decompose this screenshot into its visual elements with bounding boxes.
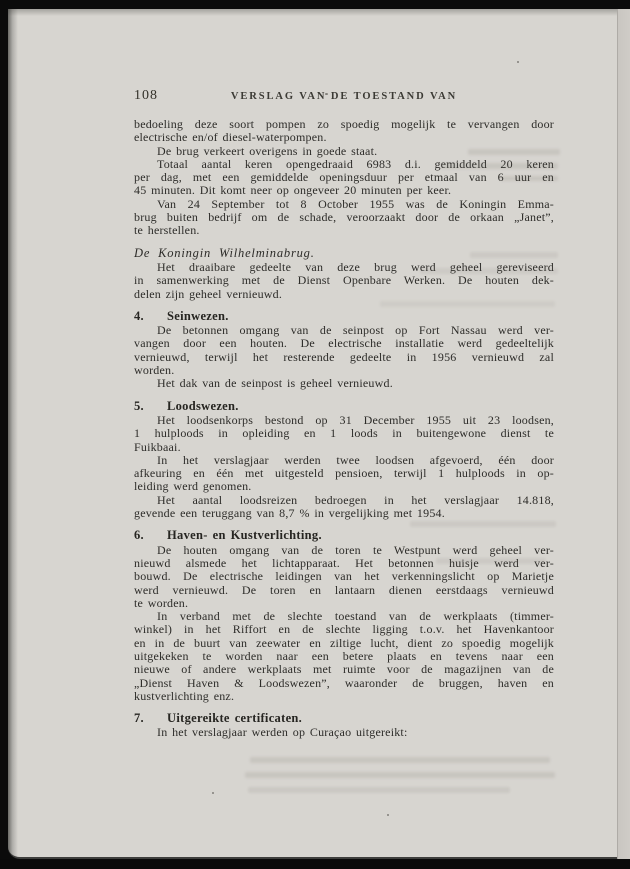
scan-speck: [517, 61, 519, 63]
text-line: In verband met de slechte toestand van d…: [134, 610, 554, 623]
bleedthrough-mark: [248, 787, 510, 793]
paragraph: Het draaibare gedeelte van deze brug wer…: [134, 261, 554, 301]
section-number: 6.: [134, 529, 167, 542]
text-line: werd vernieuwd. De toren en lantaarn die…: [134, 584, 554, 597]
bleedthrough-mark: [500, 176, 558, 181]
text-line: Van 24 September tot 8 October 1955 was …: [134, 198, 554, 211]
section-number: 4.: [134, 310, 167, 323]
paragraph: In het verslagjaar werden twee loodsen a…: [134, 454, 554, 494]
text-line: uitgekeken te worden naar een betere pla…: [134, 650, 554, 663]
paragraph: Van 24 September tot 8 October 1955 was …: [134, 198, 554, 238]
scan-frame-bottom: [0, 859, 630, 869]
paragraph: In het verslagjaar werden op Curaçao uit…: [134, 726, 554, 739]
running-header-title: VERSLAG VAN DE TOESTAND VAN: [134, 91, 554, 102]
text-line: te worden.: [134, 597, 554, 610]
text-line: In het verslagjaar werden op Curaçao uit…: [134, 726, 554, 739]
text-line: bouwd. De electrische leidingen van het …: [134, 570, 554, 583]
text-line: vangen door een houten. De electrische i…: [134, 337, 554, 350]
bleedthrough-mark: [470, 252, 558, 258]
running-head: 108 VERSLAG VAN DE TOESTAND VAN: [134, 88, 554, 106]
text-line: 1 hulploods in opleiding en 1 loods in b…: [134, 427, 554, 440]
text-line: kustverlichting enz.: [134, 690, 554, 703]
bleedthrough-mark: [380, 301, 555, 307]
text-line: Het aantal loodsreizen bedroegen in het …: [134, 494, 554, 507]
bleedthrough-mark: [250, 757, 550, 763]
text-line: In het verslagjaar werden twee loodsen a…: [134, 454, 554, 467]
bleedthrough-mark: [410, 521, 556, 527]
text-line: nieuwe of andere werkplaats met ruimte v…: [134, 663, 554, 676]
text-line: worden.: [134, 364, 554, 377]
text-line: gevende een teruggang van 8,7 % in verge…: [134, 507, 554, 520]
text-line: brug buiten bedrijf om de schade, veroor…: [134, 211, 554, 224]
text-line: in samenwerking met de Dienst Openbare W…: [134, 274, 554, 287]
text-line: winkel) in het Riffort en de slechte lig…: [134, 623, 554, 636]
section-number: 5.: [134, 400, 167, 413]
text-line: vernieuwd, terwijl het resterende gedeel…: [134, 351, 554, 364]
text-line: leiding werd genomen.: [134, 480, 554, 493]
paragraph: Het loodsenkorps bestond op 31 December …: [134, 414, 554, 454]
text-line: en in de buurt van zeewater en ziltige l…: [134, 637, 554, 650]
section-title: Loodswezen.: [167, 399, 239, 413]
text-line: te herstellen.: [134, 224, 554, 237]
text-line: „Dienst Haven & Loodswezen”, waaronder d…: [134, 677, 554, 690]
section-heading: 5.Loodswezen.: [134, 400, 554, 413]
section-heading: 4.Seinwezen.: [134, 310, 554, 323]
bleedthrough-mark: [245, 772, 555, 778]
paragraph: Het aantal loodsreizen bedroegen in het …: [134, 494, 554, 521]
paragraph: Het dak van de seinpost is geheel vernie…: [134, 377, 554, 390]
bleedthrough-mark: [440, 163, 558, 169]
bleedthrough-mark: [420, 268, 558, 274]
paragraph: In verband met de slechte toestand van d…: [134, 610, 554, 703]
text-line: Fuikbaai.: [134, 441, 554, 454]
page-fold-edge: [617, 9, 630, 859]
paragraph: De betonnen omgang van de seinpost op Fo…: [134, 324, 554, 377]
section-title: Seinwezen.: [167, 309, 229, 323]
text-line: afkeuring en één met uitgesteld pensioen…: [134, 467, 554, 480]
text-block: bedoeling deze soort pompen zo spoedig m…: [134, 118, 554, 740]
scan-speck: [387, 814, 389, 816]
paragraph: bedoeling deze soort pompen zo spoedig m…: [134, 118, 554, 145]
scanned-book-page: 108 VERSLAG VAN DE TOESTAND VAN bedoelin…: [0, 0, 630, 869]
text-line: 45 minuten. Dit komt neer op ongeveer 20…: [134, 184, 554, 197]
text-line: De betonnen omgang van de seinpost op Fo…: [134, 324, 554, 337]
text-line: delen zijn geheel vernieuwd.: [134, 288, 554, 301]
text-line: electrische en/of diesel-waterpompen.: [134, 131, 554, 144]
text-line: Het dak van de seinpost is geheel vernie…: [134, 377, 554, 390]
text-line: Het loodsenkorps bestond op 31 December …: [134, 414, 554, 427]
scan-speck: [325, 93, 328, 95]
section-heading: 7.Uitgereikte certificaten.: [134, 712, 554, 725]
text-line: De houten omgang van de toren te Westpun…: [134, 544, 554, 557]
section-number: 7.: [134, 712, 167, 725]
section-title: Haven- en Kustverlichting.: [167, 528, 322, 542]
paragraph: De houten omgang van de toren te Westpun…: [134, 544, 554, 610]
scan-speck: [212, 792, 214, 794]
section-heading: 6.Haven- en Kustverlichting.: [134, 529, 554, 542]
text-line: bedoeling deze soort pompen zo spoedig m…: [134, 118, 554, 131]
text-line: per dag, met een gemiddelde openingsduur…: [134, 171, 554, 184]
bleedthrough-mark: [468, 149, 560, 155]
bleedthrough-mark: [436, 558, 546, 564]
section-title: Uitgereikte certificaten.: [167, 711, 302, 725]
